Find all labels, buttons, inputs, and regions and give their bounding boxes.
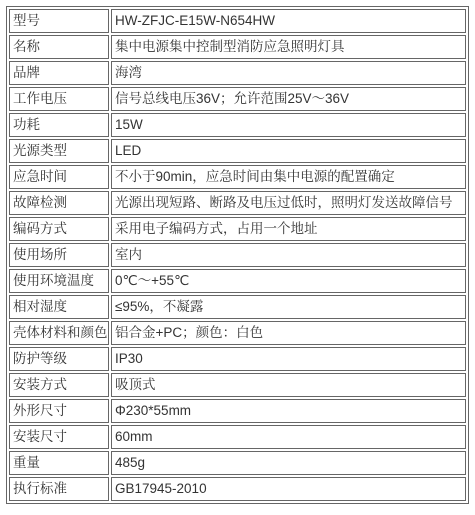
spec-row: 使用场所 室内 <box>9 243 466 267</box>
spec-value: 集中电源集中控制型消防应急照明灯具 <box>111 35 466 59</box>
spec-label: 重量 <box>9 451 109 475</box>
spec-value: IP30 <box>111 347 466 371</box>
spec-label: 编码方式 <box>9 217 109 241</box>
spec-label: 型号 <box>9 9 109 33</box>
spec-value: Φ230*55mm <box>111 399 466 423</box>
spec-label: 应急时间 <box>9 165 109 189</box>
spec-label: 使用环境温度 <box>9 269 109 293</box>
spec-row: 安装尺寸 60mm <box>9 425 466 449</box>
spec-label: 安装尺寸 <box>9 425 109 449</box>
spec-label: 工作电压 <box>9 87 109 111</box>
spec-value: 海湾 <box>111 61 466 85</box>
page: 型号 HW-ZFJC-E15W-N654HW 名称 集中电源集中控制型消防应急照… <box>0 0 475 510</box>
spec-row: 重量 485g <box>9 451 466 475</box>
spec-label: 安装方式 <box>9 373 109 397</box>
spec-label: 功耗 <box>9 113 109 137</box>
spec-value: ≤95%，不凝露 <box>111 295 466 319</box>
spec-value: HW-ZFJC-E15W-N654HW <box>111 9 466 33</box>
spec-label: 使用场所 <box>9 243 109 267</box>
spec-table: 型号 HW-ZFJC-E15W-N654HW 名称 集中电源集中控制型消防应急照… <box>6 6 469 504</box>
spec-value: 采用电子编码方式，占用一个地址 <box>111 217 466 241</box>
spec-value: 0℃～+55℃ <box>111 269 466 293</box>
spec-row: 安装方式 吸顶式 <box>9 373 466 397</box>
spec-row: 编码方式 采用电子编码方式，占用一个地址 <box>9 217 466 241</box>
spec-row: 应急时间 不小于90min，应急时间由集中电源的配置确定 <box>9 165 466 189</box>
spec-value: 吸顶式 <box>111 373 466 397</box>
spec-label: 品牌 <box>9 61 109 85</box>
spec-row: 执行标准 GB17945-2010 <box>9 477 466 501</box>
spec-row: 外形尺寸 Φ230*55mm <box>9 399 466 423</box>
spec-row: 故障检测 光源出现短路、断路及电压过低时，照明灯发送故障信号 <box>9 191 466 215</box>
spec-row: 使用环境温度 0℃～+55℃ <box>9 269 466 293</box>
spec-label: 名称 <box>9 35 109 59</box>
spec-value: 铝合金+PC；颜色：白色 <box>111 321 466 345</box>
spec-value: 60mm <box>111 425 466 449</box>
spec-label: 相对湿度 <box>9 295 109 319</box>
spec-row: 工作电压 信号总线电压36V；允许范围25V～36V <box>9 87 466 111</box>
spec-label: 防护等级 <box>9 347 109 371</box>
spec-value: GB17945-2010 <box>111 477 466 501</box>
spec-row: 防护等级 IP30 <box>9 347 466 371</box>
spec-row: 壳体材料和颜色 铝合金+PC；颜色：白色 <box>9 321 466 345</box>
spec-row: 名称 集中电源集中控制型消防应急照明灯具 <box>9 35 466 59</box>
spec-value: 光源出现短路、断路及电压过低时，照明灯发送故障信号 <box>111 191 466 215</box>
spec-value: 485g <box>111 451 466 475</box>
spec-value: 信号总线电压36V；允许范围25V～36V <box>111 87 466 111</box>
spec-row: 相对湿度 ≤95%，不凝露 <box>9 295 466 319</box>
spec-label: 壳体材料和颜色 <box>9 321 109 345</box>
spec-label: 外形尺寸 <box>9 399 109 423</box>
spec-row: 品牌 海湾 <box>9 61 466 85</box>
spec-label: 光源类型 <box>9 139 109 163</box>
spec-label: 故障检测 <box>9 191 109 215</box>
spec-row: 功耗 15W <box>9 113 466 137</box>
spec-value: LED <box>111 139 466 163</box>
spec-value: 不小于90min，应急时间由集中电源的配置确定 <box>111 165 466 189</box>
spec-label: 执行标准 <box>9 477 109 501</box>
spec-value: 室内 <box>111 243 466 267</box>
spec-value: 15W <box>111 113 466 137</box>
spec-row: 光源类型 LED <box>9 139 466 163</box>
spec-row: 型号 HW-ZFJC-E15W-N654HW <box>9 9 466 33</box>
spec-table-body: 型号 HW-ZFJC-E15W-N654HW 名称 集中电源集中控制型消防应急照… <box>9 9 466 501</box>
